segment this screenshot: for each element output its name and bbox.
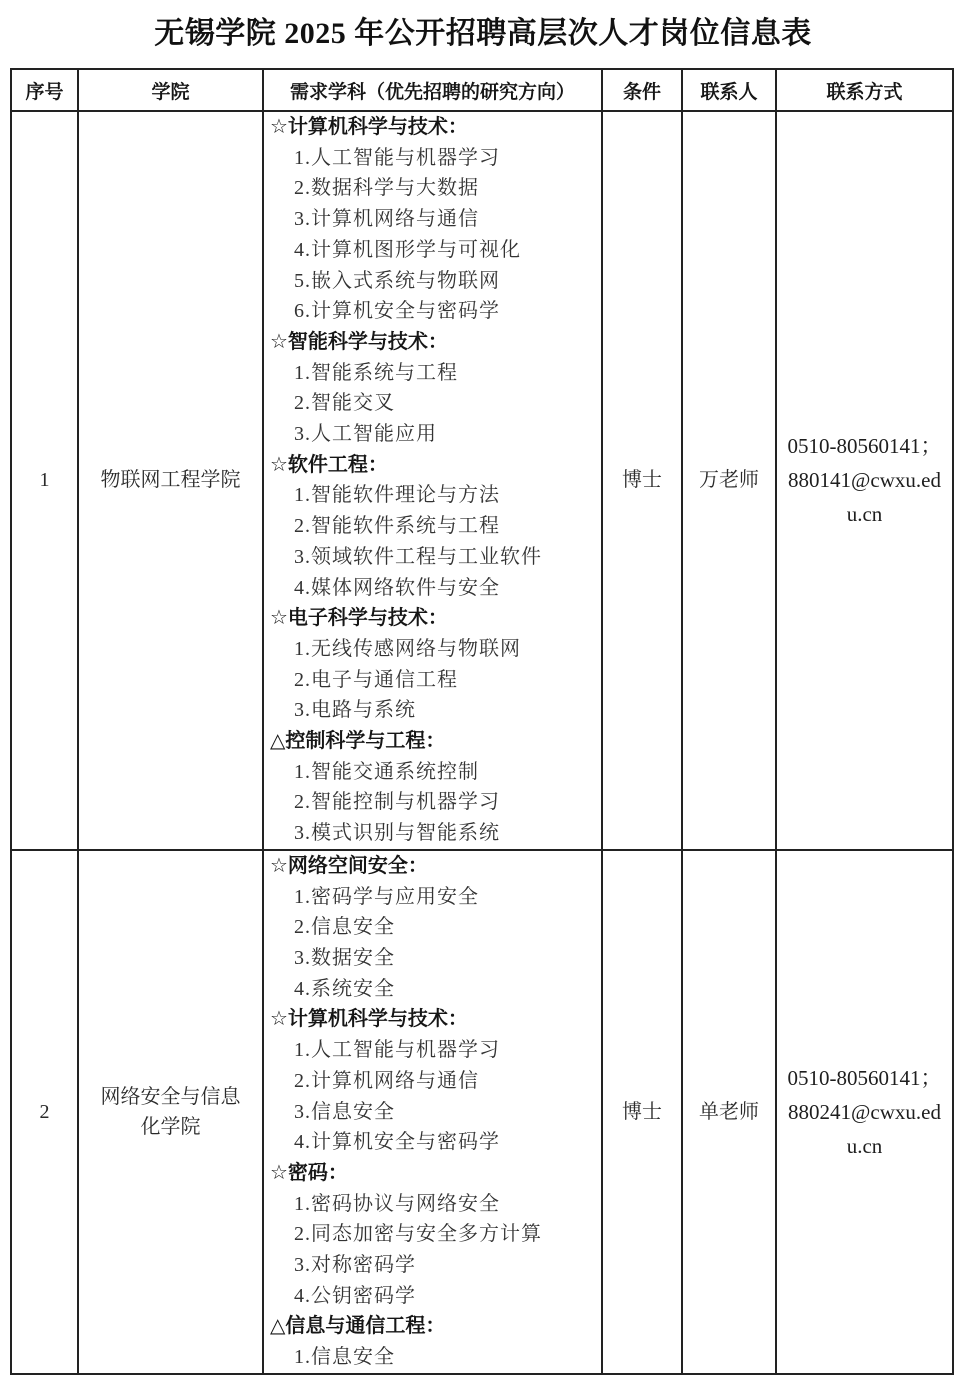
row2-contact-cell: 单老师 [682,850,776,1374]
row1-condition-cell: 博士 [602,111,682,850]
discipline-item: 5.嵌入式系统与物联网 [264,266,601,297]
discipline-item: 1.人工智能与机器学习 [264,1035,601,1066]
discipline-item: 2.电子与通信工程 [264,665,601,696]
table-row-1: 1 物联网工程学院 ☆计算机科学与技术：1.人工智能与机器学习2.数据科学与大数… [11,111,953,850]
row1-college-cell: 物联网工程学院 [78,111,263,850]
discipline-item: 3.模式识别与智能系统 [264,818,601,849]
discipline-heading: ☆计算机科学与技术： [264,1004,601,1035]
header-condition: 条件 [602,69,682,111]
discipline-item: 6.计算机安全与密码学 [264,296,601,327]
table-header-row: 序号 学院 需求学科（优先招聘的研究方向） 条件 联系人 联系方式 [11,69,953,111]
discipline-item: 1.无线传感网络与物联网 [264,634,601,665]
discipline-item: 2.智能交叉 [264,388,601,419]
discipline-item: 2.计算机网络与通信 [264,1066,601,1097]
row1-contact-info-cell: 0510-80560141； 880141@cwxu.ed u.cn [776,111,953,850]
discipline-heading: ☆密码： [264,1158,601,1189]
row2-discipline-list: ☆网络空间安全：1.密码学与应用安全2.信息安全3.数据安全4.系统安全☆计算机… [264,851,601,1373]
header-college: 学院 [78,69,263,111]
row2-college-cell: 网络安全与信息 化学院 [78,850,263,1374]
page-title: 无锡学院 2025 年公开招聘高层次人才岗位信息表 [0,0,966,68]
discipline-item: 2.数据科学与大数据 [264,173,601,204]
discipline-item: 4.公钥密码学 [264,1281,601,1312]
row2-condition-cell: 博士 [602,850,682,1374]
discipline-heading: ☆计算机科学与技术： [264,112,601,143]
discipline-item: 4.系统安全 [264,974,601,1005]
discipline-item: 3.数据安全 [264,943,601,974]
discipline-item: 3.计算机网络与通信 [264,204,601,235]
row2-no-cell: 2 [11,850,78,1374]
discipline-item: 2.信息安全 [264,912,601,943]
header-contact-info: 联系方式 [776,69,953,111]
discipline-heading: ☆软件工程： [264,450,601,481]
discipline-item: 3.电路与系统 [264,695,601,726]
header-contact: 联系人 [682,69,776,111]
discipline-item: 3.领域软件工程与工业软件 [264,542,601,573]
table-row-2: 2 网络安全与信息 化学院 ☆网络空间安全：1.密码学与应用安全2.信息安全3.… [11,850,953,1374]
discipline-item: 2.同态加密与安全多方计算 [264,1219,601,1250]
discipline-item: 1.智能系统与工程 [264,358,601,389]
discipline-item: 1.密码协议与网络安全 [264,1189,601,1220]
discipline-heading: ☆电子科学与技术： [264,603,601,634]
discipline-heading: △信息与通信工程： [264,1311,601,1342]
discipline-item: 1.人工智能与机器学习 [264,143,601,174]
row1-discipline-cell: ☆计算机科学与技术：1.人工智能与机器学习2.数据科学与大数据3.计算机网络与通… [263,111,602,850]
discipline-item: 4.计算机图形学与可视化 [264,235,601,266]
header-discipline: 需求学科（优先招聘的研究方向） [263,69,602,111]
discipline-heading: △控制科学与工程： [264,726,601,757]
row1-no-cell: 1 [11,111,78,850]
discipline-item: 1.信息安全 [264,1342,601,1373]
discipline-item: 4.媒体网络软件与安全 [264,573,601,604]
discipline-item: 3.对称密码学 [264,1250,601,1281]
discipline-item: 2.智能软件系统与工程 [264,511,601,542]
discipline-heading: ☆网络空间安全： [264,851,601,882]
discipline-item: 3.信息安全 [264,1097,601,1128]
discipline-item: 2.智能控制与机器学习 [264,787,601,818]
row2-contact-info-cell: 0510-80560141； 880241@cwxu.ed u.cn [776,850,953,1374]
discipline-item: 4.计算机安全与密码学 [264,1127,601,1158]
row1-discipline-list: ☆计算机科学与技术：1.人工智能与机器学习2.数据科学与大数据3.计算机网络与通… [264,112,601,849]
discipline-item: 1.密码学与应用安全 [264,882,601,913]
row1-contact-cell: 万老师 [682,111,776,850]
discipline-item: 1.智能交通系统控制 [264,757,601,788]
header-no: 序号 [11,69,78,111]
discipline-item: 3.人工智能应用 [264,419,601,450]
row2-discipline-cell: ☆网络空间安全：1.密码学与应用安全2.信息安全3.数据安全4.系统安全☆计算机… [263,850,602,1374]
discipline-item: 1.智能软件理论与方法 [264,480,601,511]
recruitment-table: 序号 学院 需求学科（优先招聘的研究方向） 条件 联系人 联系方式 1 物联网工… [10,68,954,1375]
discipline-heading: ☆智能科学与技术： [264,327,601,358]
